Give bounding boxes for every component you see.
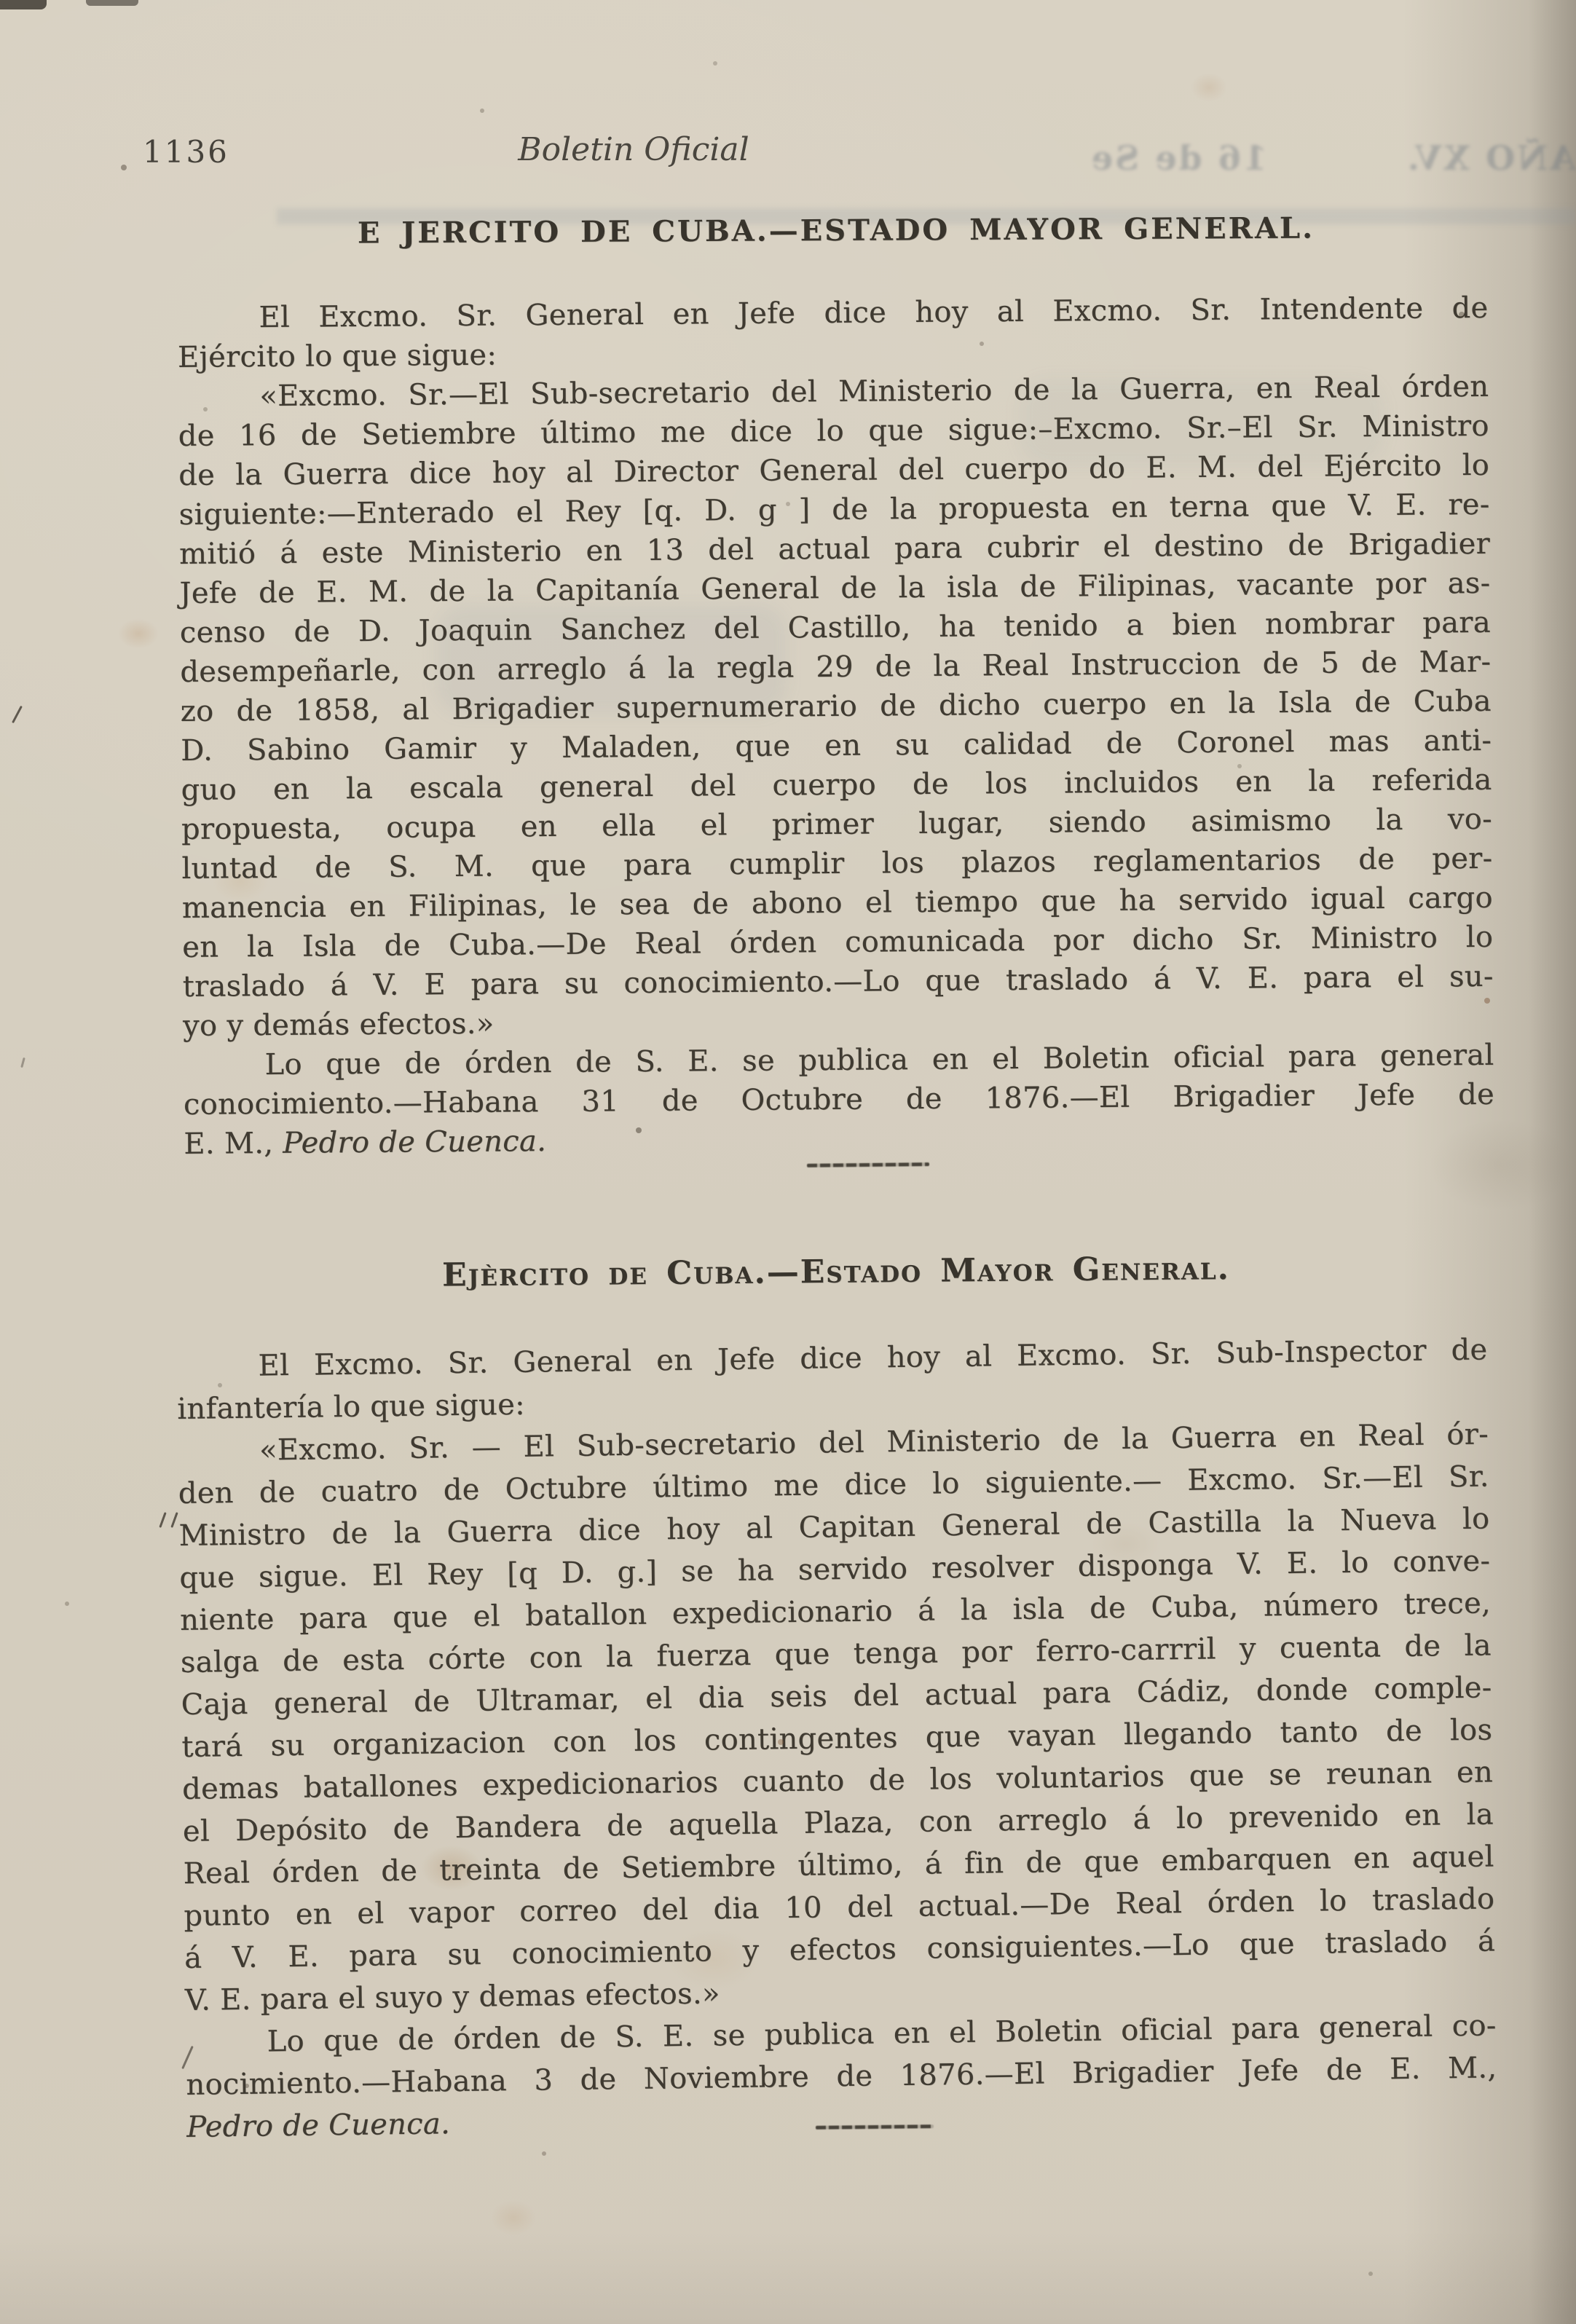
paragraph: El Excmo. Sr. General en Jefe dice hoy a… (177, 288, 1489, 377)
text-run: de 16 de Setiembre último me dice lo que… (178, 409, 1489, 453)
text-run: «Excmo. Sr.—El Sub-secretario del Minist… (259, 370, 1489, 413)
text-run: censo de D. Joaquin Sanchez del Castillo… (180, 606, 1491, 650)
paragraph: Lo que de órden de S. E. se publica en e… (183, 1036, 1494, 1164)
text-run: luntad de S. M. que para cumplir los pla… (181, 842, 1492, 886)
text-run: traslado á V. E para su conocimiento.—Lo… (183, 960, 1494, 1004)
text-run: El Excmo. Sr. General en Jefe dice hoy a… (259, 291, 1488, 334)
text-run: E. M., (184, 1127, 283, 1161)
text-run: Lo que de órden de S. E. se publica en e… (264, 1039, 1494, 1082)
text-run: infantería lo que sigue: (177, 1388, 525, 1426)
signature-italic: Pedro de Cuenca. (186, 2107, 450, 2144)
text-run: zo de 1858, al Brigadier supernumerario … (181, 685, 1492, 728)
scan-edge-artifact (0, 0, 47, 9)
margin-mark (12, 706, 23, 723)
text-run: guo en la escala general del cuerpo de l… (181, 763, 1492, 807)
text-run: D. Sabino Gamir y Maladen, que en su cal… (181, 724, 1492, 768)
text-run: yo y demás efectos.» (183, 1007, 495, 1043)
text-run: V. E. para el suyo y demas efectos.» (185, 1977, 720, 2017)
margin-mark (20, 1057, 25, 1068)
text-run: conocimiento.—Habana 31 de Octubre de 18… (184, 1078, 1494, 1122)
paragraph: «Excmo. Sr.—El Sub-secretario del Minist… (178, 367, 1494, 1046)
text-run: Ejército lo que sigue: (178, 339, 497, 374)
section-divider (807, 1162, 929, 1167)
section-body: El Excmo. Sr. General en Jefe dice hoy a… (177, 288, 1494, 1164)
text-run: desempeñarle, con arreglo á la regla 29 … (180, 645, 1491, 689)
document-page: 1136 Boletin Oficial AÑO XV. 16 de Se E … (0, 0, 1576, 2324)
text-run: de la Guerra dice hoy al Director Genera… (178, 449, 1489, 492)
section-heading: Ejèrcito de Cuba.—Estado Mayor General. (181, 1246, 1576, 1296)
section-body: El Excmo. Sr. General en Jefe dice hoy a… (176, 1328, 1497, 2148)
text-run: siguiente:—Enterado el Rey [q. D. g ] de… (178, 488, 1489, 532)
signature-italic: Pedro de Cuenca. (283, 1124, 546, 1160)
scan-edge-artifact (86, 0, 138, 6)
margin-mark (170, 1512, 178, 1528)
bleedthrough-masthead: AÑO XV. 16 de Se (969, 138, 1576, 178)
margin-mark (159, 1512, 166, 1528)
text-run: propuesta, ocupa en ella el primer lugar… (181, 803, 1492, 846)
paragraph: «Excmo. Sr. — El Sub-secretario del Mini… (178, 1413, 1496, 2021)
